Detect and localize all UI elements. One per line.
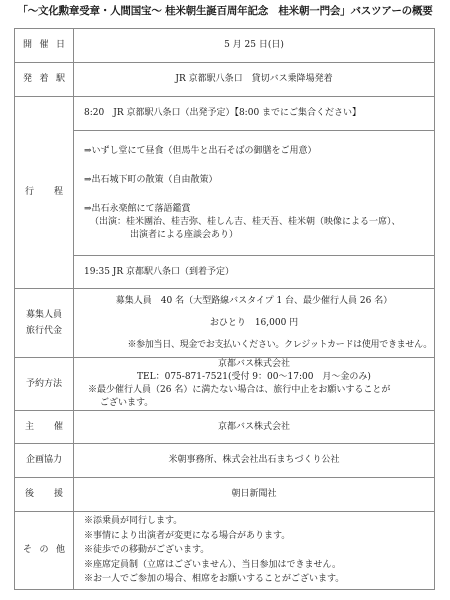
tour-outline-table: 開 催 日 5 月 25 日(日) 発 着 駅 JR 京都駅八条口 貸切バス乗降… [14,28,435,590]
label-support: 後 援 [15,478,74,512]
itinerary-steps: ⇒いずし堂にて昼食（但馬牛と出石そばの御膳をご用意） ⇒出石城下町の散策（自由散… [74,131,435,256]
other-note: ※添乗員が同行します。 [84,514,434,529]
other-note: ※事情により出演者が変更になる場合があります。 [84,529,434,544]
row-itinerary-steps: ⇒いずし堂にて昼食（但馬牛と出石そばの御膳をご用意） ⇒出石城下町の散策（自由散… [15,131,435,256]
row-recruit: 募集人員 旅行代金 募集人員 40 名（大型路線バスタイプ 1 台、最少催行人員… [15,289,435,358]
booking-tel: TEL：075-871-7521(受付 9：00～17:00 月～金のみ) [74,371,434,384]
itinerary-depart: 8:20 JR 京都駅八条口（出発予定）【8:00 までにご集合ください】 [74,97,435,131]
booking-note-line-2: ございます。 [74,397,434,410]
capacity-text: 募集人員 40 名（大型路線バスタイプ 1 台、最少催行人員 26 名） [74,290,434,312]
row-planning: 企画協力 米朝事務所、株式会社出石まちづくり公社 [15,444,435,478]
label-itinerary: 行 程 [15,97,74,289]
row-organizer: 主 催 京都バス株式会社 [15,411,435,444]
itinerary-step: ⇒出石城下町の散策（自由散策） [84,174,434,187]
row-support: 後 援 朝日新聞社 [15,478,435,512]
value-booking: 京都バス株式会社 TEL：075-871-7521(受付 9：00～17:00 … [74,358,435,411]
row-station: 発 着 駅 JR 京都駅八条口 貸切バス乗降場発着 [15,63,435,97]
itinerary-step: ⇒出石永楽館にて落語鑑賞 [84,203,434,216]
other-note: ※座席定員制（立席はございません）、当日参加はできません。 [84,558,434,573]
itinerary-step: ⇒いずし堂にて昼食（但馬牛と出石そばの御膳をご用意） [84,145,434,158]
row-date: 開 催 日 5 月 25 日(日) [15,29,435,63]
row-itinerary-depart: 行 程 8:20 JR 京都駅八条口（出発予定）【8:00 までにご集合ください… [15,97,435,131]
value-recruit: 募集人員 40 名（大型路線バスタイプ 1 台、最少催行人員 26 名） おひと… [74,289,435,358]
label-date: 開 催 日 [15,29,74,63]
row-booking: 予約方法 京都バス株式会社 TEL：075-871-7521(受付 9：00～1… [15,358,435,411]
row-itinerary-arrive: 19:35 JR 京都駅八条口（到着予定） [15,256,435,289]
label-planning: 企画協力 [15,444,74,478]
performers-line-2: 出演者による座談会あり） [84,229,434,242]
label-organizer: 主 催 [15,411,74,444]
label-other: そ の 他 [15,512,74,590]
label-recruit: 募集人員 旅行代金 [15,289,74,358]
other-note: ※お一人でご参加の場合、相席をお願いすることがございます。 [84,572,434,587]
value-organizer: 京都バス株式会社 [74,411,435,444]
label-station: 発 着 駅 [15,63,74,97]
booking-company: 京都バス株式会社 [74,358,434,371]
document-title: 「～文化勲章受章・人間国宝～ 桂米朝生誕百周年記念 桂米朝一門会」バスツアーの概… [0,3,450,18]
other-note: ※徒歩での移動がございます。 [84,543,434,558]
value-station: JR 京都駅八条口 貸切バス乗降場発着 [74,63,435,97]
label-booking: 予約方法 [15,358,74,411]
price-text: おひとり 16,000 円 [74,312,434,334]
booking-note-line-1: ※最少催行人員（26 名）に満たない場合は、旅行中止をお願いすることが [74,384,434,397]
payment-note: ※参加当日、現金でお支払いください。クレジットカードは使用できません。 [74,334,434,356]
value-date: 5 月 25 日(日) [74,29,435,63]
row-other: そ の 他 ※添乗員が同行します。 ※事情により出演者が変更になる場合があります… [15,512,435,590]
value-support: 朝日新聞社 [74,478,435,512]
value-other: ※添乗員が同行します。 ※事情により出演者が変更になる場合があります。 ※徒歩で… [74,512,435,590]
value-planning: 米朝事務所、株式会社出石まちづくり公社 [74,444,435,478]
itinerary-arrive: 19:35 JR 京都駅八条口（到着予定） [74,256,435,289]
performers-line-1: （出演：桂米團治、桂吉弥、桂しん吉、桂天吾、桂米朝（映像による一席）、 [84,216,434,229]
